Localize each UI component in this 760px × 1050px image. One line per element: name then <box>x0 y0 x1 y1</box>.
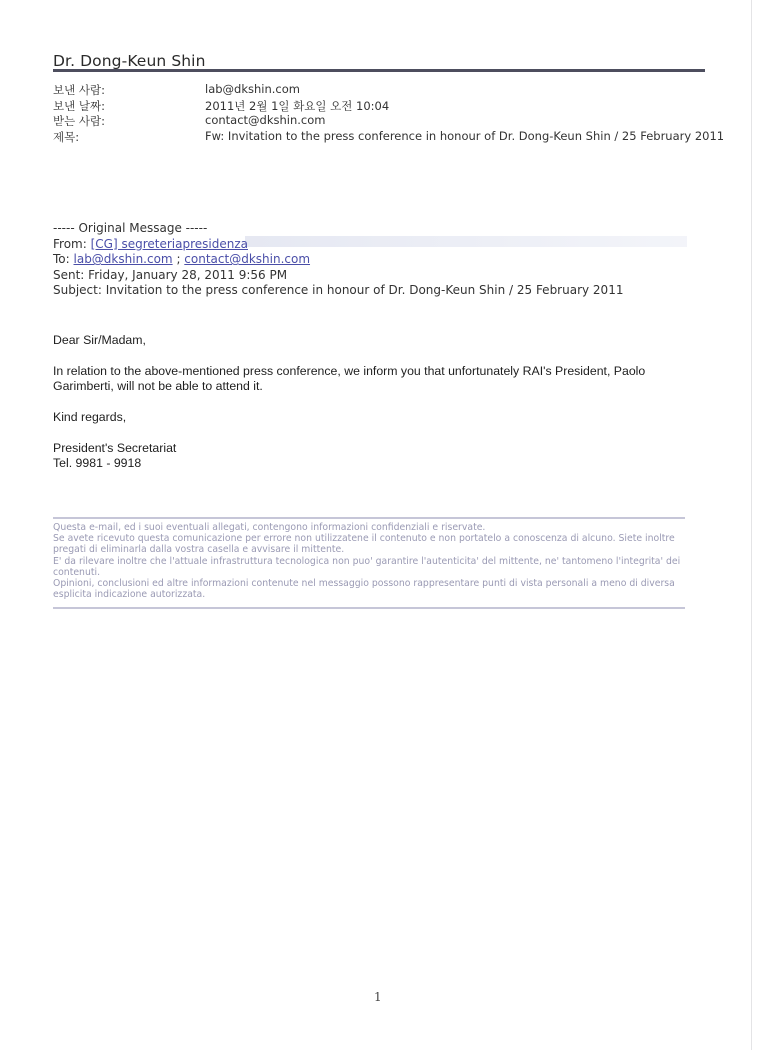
orig-subject-label: Subject: <box>53 283 106 297</box>
scan-edge-line <box>751 0 752 1050</box>
orig-from-label: From: <box>53 237 91 251</box>
orig-from-link[interactable]: [CG] segreteriapresidenza <box>91 237 248 251</box>
orig-to-label: To: <box>53 252 74 266</box>
body-line-1: In relation to the above-mentioned press… <box>53 364 645 379</box>
disclaimer-line: Questa e-mail, ed i suoi eventuali alleg… <box>53 522 693 533</box>
disclaimer-line: esplicita indicazione autorizzata. <box>53 589 693 600</box>
greeting: Dear Sir/Madam, <box>53 333 645 348</box>
title-divider <box>53 69 705 72</box>
orig-to-link-contact[interactable]: contact@dkshin.com <box>184 252 310 266</box>
orig-to-separator: ; <box>173 252 185 266</box>
orig-to-row: To: lab@dkshin.com ; contact@dkshin.com <box>53 252 623 268</box>
header-label: 보낸 날짜: <box>53 98 105 114</box>
original-message-divider: ----- Original Message ----- <box>53 221 623 237</box>
header-label: 제목: <box>53 129 79 145</box>
disclaimer: Questa e-mail, ed i suoi eventuali alleg… <box>53 522 693 600</box>
orig-subject-value: Invitation to the press conference in ho… <box>106 283 624 297</box>
orig-to-link-lab[interactable]: lab@dkshin.com <box>74 252 173 266</box>
header-label: 받는 사람: <box>53 113 105 129</box>
disclaimer-line: Opinioni, conclusioni ed altre informazi… <box>53 578 693 589</box>
header-value: lab@dkshin.com <box>205 82 300 96</box>
disclaimer-bottom-rule <box>53 607 685 609</box>
message-body: Dear Sir/Madam, In relation to the above… <box>53 333 645 471</box>
disclaimer-line: contenuti. <box>53 567 693 578</box>
header-label: 보낸 사람: <box>53 82 105 98</box>
disclaimer-line: pregati di eliminarla dalla vostra casel… <box>53 544 693 555</box>
body-line-2: Garimberti, will not be able to attend i… <box>53 379 645 394</box>
original-message: ----- Original Message ----- From: [CG] … <box>53 221 623 299</box>
disclaimer-line: E' da rilevare inoltre che l'attuale inf… <box>53 556 693 567</box>
disclaimer-top-rule <box>53 517 685 519</box>
header-value: Fw: Invitation to the press conference i… <box>205 129 724 143</box>
orig-from-row: From: [CG] segreteriapresidenza <box>53 237 623 253</box>
disclaimer-line: Se avete ricevuto questa comunicazione p… <box>53 533 693 544</box>
orig-sent-label: Sent: <box>53 268 88 282</box>
closing: Kind regards, <box>53 410 645 425</box>
document-title: Dr. Dong-Keun Shin <box>53 52 206 70</box>
orig-sent-value: Friday, January 28, 2011 9:56 PM <box>88 268 287 282</box>
orig-subject-row: Subject: Invitation to the press confere… <box>53 283 623 299</box>
header-value: 2011년 2월 1일 화요일 오전 10:04 <box>205 98 389 114</box>
signature-name: President's Secretariat <box>53 441 645 456</box>
signature-tel: Tel. 9981 - 9918 <box>53 456 645 471</box>
header-value: contact@dkshin.com <box>205 113 325 127</box>
page-number: 1 <box>374 990 382 1004</box>
orig-sent-row: Sent: Friday, January 28, 2011 9:56 PM <box>53 268 623 284</box>
